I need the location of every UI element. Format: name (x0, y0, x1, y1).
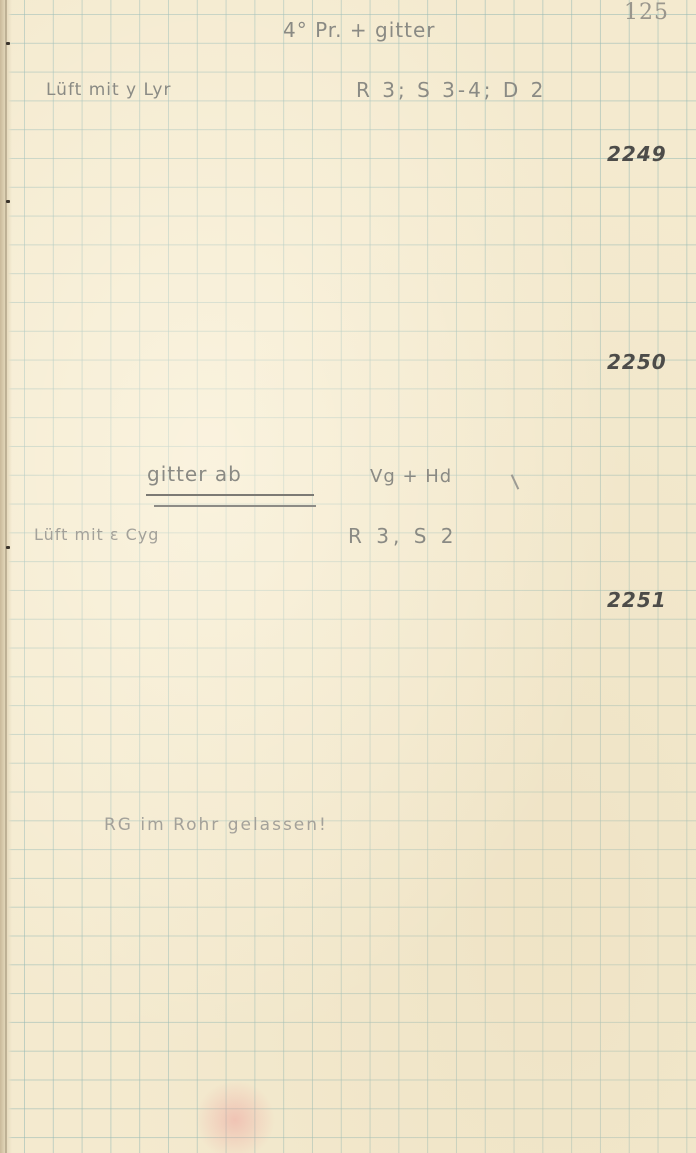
entry-number: 2249 (607, 142, 667, 166)
entry-observation-text: Lüft mit ε Cyg (34, 525, 159, 544)
entry-number: 2250 (607, 350, 667, 374)
red-stain (195, 1080, 275, 1153)
binding-hole (6, 42, 10, 45)
binding-line (5, 0, 7, 1153)
entry-ratings: R 3; S 3-4; D 2 (356, 78, 546, 102)
entry-number: 2251 (607, 588, 667, 612)
binding-hole (6, 546, 10, 549)
page-heading: 4° Pr. + gitter (283, 18, 435, 42)
footnote: RG im Rohr gelassen! (104, 815, 328, 835)
section-note: Vg + Hd (370, 466, 452, 487)
section-underline (154, 505, 316, 507)
notebook-page: 125 4° Pr. + gitter Lüft mit y Lyr R 3; … (0, 0, 696, 1153)
binding-hole (6, 200, 10, 203)
pencil-mark (511, 474, 519, 489)
page-number: 125 (624, 0, 669, 25)
entry-ratings: R 3, S 2 (348, 524, 457, 548)
section-underline (146, 494, 314, 496)
section-title: gitter ab (147, 462, 242, 486)
entry-observation-text: Lüft mit y Lyr (46, 80, 171, 100)
